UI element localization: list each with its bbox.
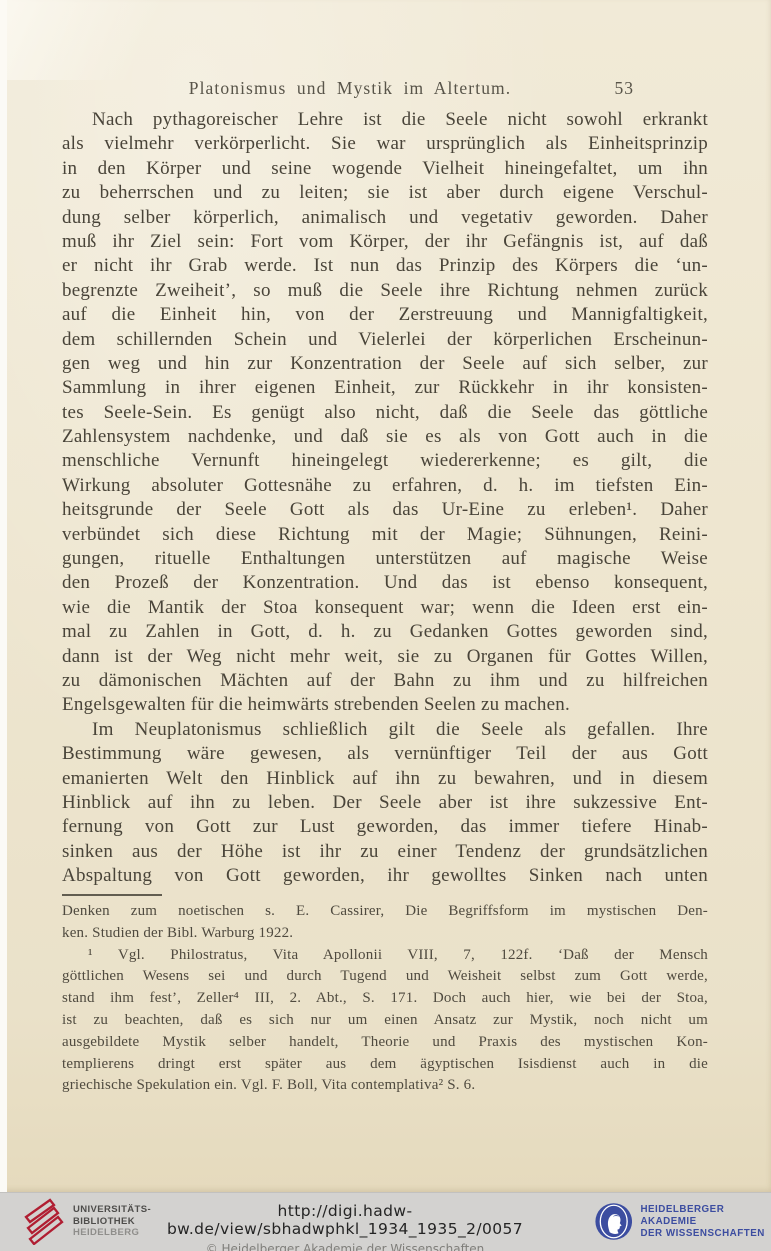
text-line: tes Seele-Sein. Es genügt also nicht, da… [62,401,708,425]
text-line: Zahlensystem nachdenke, und daß sie es a… [62,425,708,449]
text-line: begrenzte Zweiheit’, so muß die Seele ih… [62,279,708,303]
paragraph-2: Im Neuplatonismus schließlich gilt die S… [62,718,708,889]
text-line: stand ihm fest’, Zeller⁴ III, 2. Abt., S… [62,988,708,1010]
text-line: Hinblick auf ihn zu leben. Der Seele abe… [62,791,708,815]
text-line: griechische Spekulation ein. Vgl. F. Bol… [62,1075,708,1097]
footnote-separator-rule [62,894,162,896]
academy-logo-line2: DER WISSENSCHAFTEN [640,1228,771,1240]
text-line: sinken aus der Höhe ist ihr zu einer Ten… [62,840,708,864]
text-line: templierens dringt erst später aus dem ä… [62,1054,708,1076]
text-line: dem schillernden Schein und Vielerlei de… [62,328,708,352]
library-footer-bar: UNIVERSITÄTS- BIBLIOTHEK HEIDELBERG http… [0,1192,771,1251]
text-line: gen weg und hin zur Konzentration der Se… [62,352,708,376]
digitized-page-view: Platonismus und Mystik im Altertum. 53 N… [0,0,771,1251]
text-line: er nicht ihr Grab werde. Ist nun das Pri… [62,254,708,278]
text-line: Im Neuplatonismus schließlich gilt die S… [62,718,708,742]
text-line: Wirkung absoluter Gottesnähe zu erfahren… [62,474,708,498]
text-line: göttlichen Wesens sei und durch Tugend u… [62,966,708,988]
footnotes: Denken zum noetischen s. E. Cassirer, Di… [62,901,708,1097]
text-line: zu dämonischen Mächten auf der Bahn zu i… [62,669,708,693]
academy-logo-line1: HEIDELBERGER AKADEMIE [640,1204,771,1228]
text-line: den Prozeß der Konzentration. Und das is… [62,571,708,595]
text-line: menschliche Vernunft hineingelegt wieder… [62,449,708,473]
text-line: in den Körper und seine wogende Vielheit… [62,157,708,181]
running-title: Platonismus und Mystik im Altertum. [27,78,673,99]
text-line: Nach pythagoreischer Lehre ist die Seele… [62,108,708,132]
text-line: Bestimmung wäre gewesen, als vernünftige… [62,742,708,766]
text-line: dung selber körperlich, animalisch und v… [62,206,708,230]
text-line: fernung von Gott zur Lust geworden, das … [62,815,708,839]
text-line: Engelsgewalten für die heimwärts streben… [62,693,708,717]
text-line: Sammlung in ihrer eigenen Einheit, zur R… [62,376,708,400]
page-number: 53 [615,78,635,99]
copyright-line: © Heidelberger Akademie der Wissenschaft… [135,1242,555,1251]
text-line: ist zu beachten, daß es sich nur um eine… [62,1010,708,1032]
heidelberg-academy-logo: HEIDELBERGER AKADEMIE DER WISSENSCHAFTEN [595,1201,771,1242]
text-line: Denken zum noetischen s. E. Cassirer, Di… [62,901,708,923]
text-line: auf die Einheit hin, von der Zerstreuung… [62,303,708,327]
academy-logo-text: HEIDELBERGER AKADEMIE DER WISSENSCHAFTEN [640,1204,771,1240]
source-url: http://digi.hadw-bw.de/view/sbhadwphkl_1… [135,1202,555,1238]
text-line: als vielmehr verkörperlicht. Sie war urs… [62,132,708,156]
athena-head-icon [595,1201,632,1242]
text-line: wie die Mantik der Stoa konsequent war; … [62,596,708,620]
text-line: emanierten Welt den Hinblick auf ihn zu … [62,767,708,791]
page-header: Platonismus und Mystik im Altertum. 53 [62,78,708,104]
text-line: Abspaltung von Gott geworden, ihr gewoll… [62,864,708,888]
footnote-1: ¹ Vgl. Philostratus, Vita Apollonii VIII… [62,945,708,1098]
text-line: ken. Studien der Bibl. Warburg 1922. [62,923,708,945]
text-line: zu beherrschen und zu leiten; sie ist ab… [62,181,708,205]
text-line: verbündet sich diese Richtung mit der Ma… [62,523,708,547]
text-line: ¹ Vgl. Philostratus, Vita Apollonii VIII… [62,945,708,967]
ub-heidelberg-logo: UNIVERSITÄTS- BIBLIOTHEK HEIDELBERG [24,1198,151,1245]
text-line: heitsgrunde der Seele Gott als das Ur-Ei… [62,498,708,522]
text-line: gungen, rituelle Enthaltungen unterstütz… [62,547,708,571]
text-line: muß ihr Ziel sein: Fort vom Körper, der … [62,230,708,254]
paragraph-1: Nach pythagoreischer Lehre ist die Seele… [62,108,708,718]
text-line: mal zu Zahlen in Gott, d. h. zu Gedanken… [62,620,708,644]
source-reference: http://digi.hadw-bw.de/view/sbhadwphkl_1… [135,1193,555,1251]
text-line: ausgebildete Mystik selber handelt, Theo… [62,1032,708,1054]
text-line: dann ist der Weg nicht mehr weit, sie zu… [62,645,708,669]
stacked-books-icon [24,1198,64,1245]
footnote-continuation: Denken zum noetischen s. E. Cassirer, Di… [62,901,708,945]
main-text: Nach pythagoreischer Lehre ist die Seele… [62,108,708,889]
book-page-scan: Platonismus und Mystik im Altertum. 53 N… [0,0,771,1193]
